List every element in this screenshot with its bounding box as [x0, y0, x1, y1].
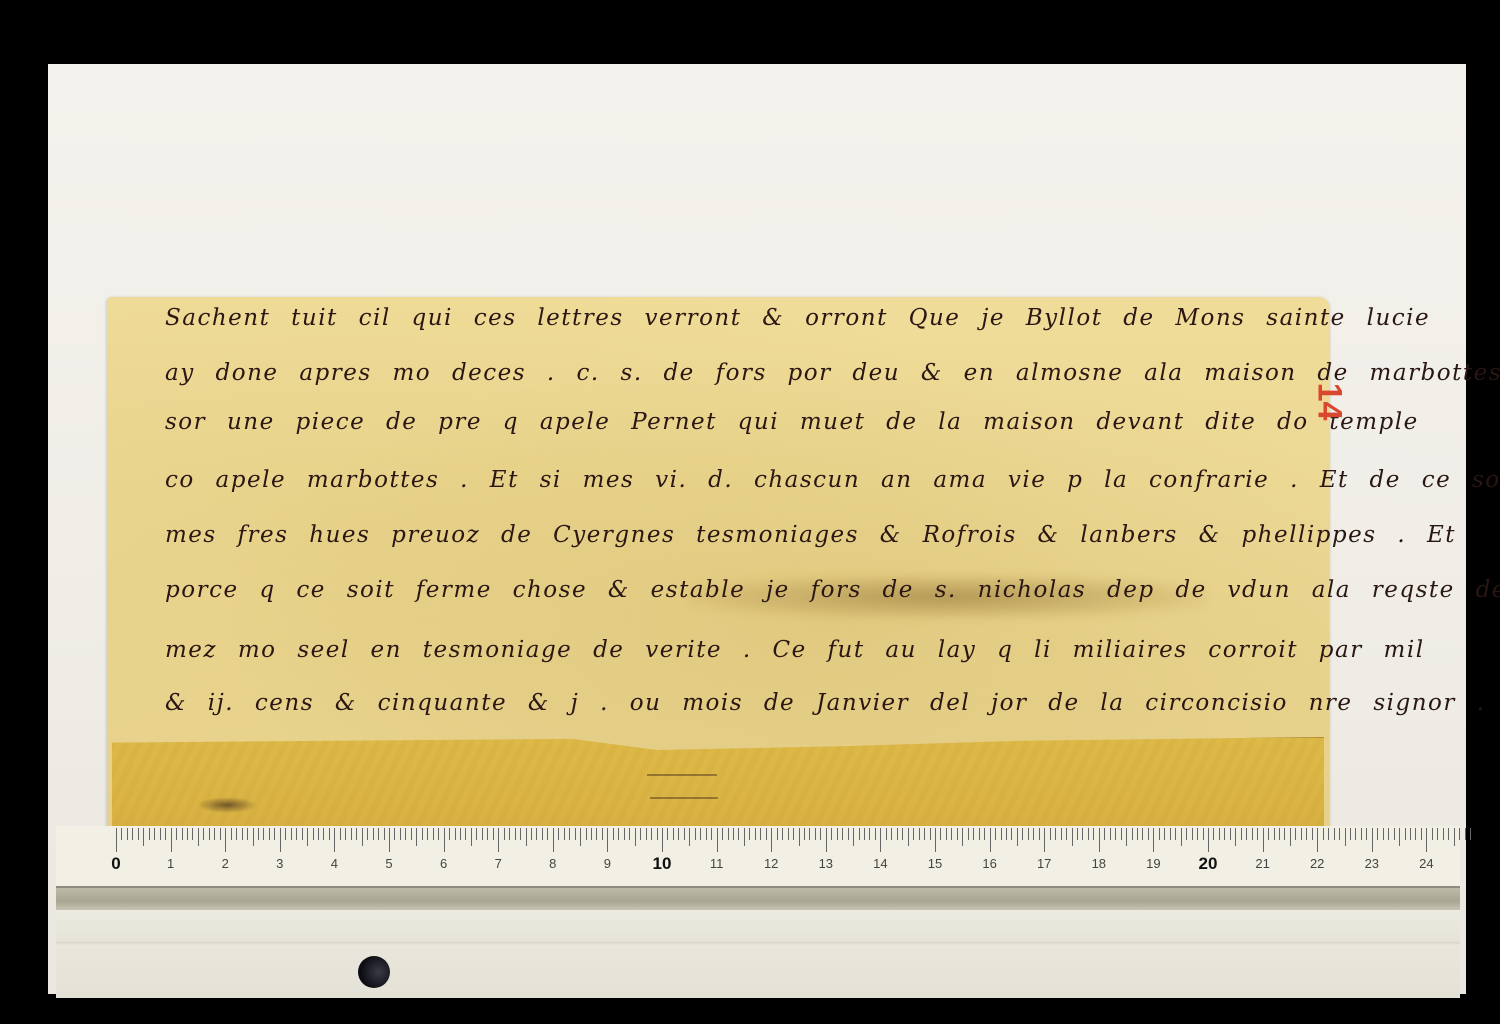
ruler-tick [766, 828, 767, 840]
ruler-tick [1284, 828, 1285, 840]
ruler-tick [187, 828, 188, 840]
ruler-tick [738, 828, 739, 840]
ruler-tick [198, 828, 199, 846]
ruler-tick [684, 828, 685, 840]
ruler-tick [1334, 828, 1335, 840]
ruler-tick [143, 828, 144, 846]
folded-plica [112, 737, 1324, 830]
ruler-tick [345, 828, 346, 840]
ruler-tick [596, 828, 597, 840]
ruler-tick [1448, 828, 1449, 840]
ruler-label: 3 [276, 856, 283, 871]
ruler-tick [482, 828, 483, 840]
ruler-tick [465, 828, 466, 840]
parchment-charter: Sachent tuit cil qui ces lettres verront… [107, 297, 1329, 829]
text-line-2: ay done apres mo deces . c. s. de fors p… [165, 360, 1500, 386]
ruler-tick [968, 828, 969, 840]
ruler-tick [116, 828, 117, 852]
ruler-label: 8 [549, 856, 556, 871]
ruler-tick [1388, 828, 1389, 840]
ruler-tick [575, 828, 576, 840]
ruler-tick [1066, 828, 1067, 840]
ruler-tick [1235, 828, 1236, 846]
ruler-tick [1421, 828, 1422, 840]
ruler-tick [1077, 828, 1078, 840]
ruler-label: 13 [819, 856, 833, 871]
ruler-tick [815, 828, 816, 840]
ruler-tick [777, 828, 778, 840]
ruler-tick [362, 828, 363, 846]
ruler-tick [356, 828, 357, 840]
ruler-tick [1350, 828, 1351, 840]
ruler-tick [695, 828, 696, 840]
ruler-tick [526, 828, 527, 846]
ruler-tick [1224, 828, 1225, 840]
ruler-tick [711, 828, 712, 840]
ruler-tick [657, 828, 658, 840]
ruler-tick [1126, 828, 1127, 846]
ruler-tick [378, 828, 379, 840]
ruler-tick [924, 828, 925, 840]
ruler-tick [422, 828, 423, 840]
ruler-groove [56, 888, 1460, 910]
ruler-tick [1219, 828, 1220, 840]
ruler-tick [1137, 828, 1138, 840]
ruler-tick [1011, 828, 1012, 840]
ruler-tick [367, 828, 368, 840]
ruler-tick [1415, 828, 1416, 840]
ruler-tick [1317, 828, 1318, 852]
ruler-tick [848, 828, 849, 840]
ruler-tick [1263, 828, 1264, 852]
ruler-tick [520, 828, 521, 840]
text-line-8: & ij. cens & cinquante & j . ou mois de … [165, 690, 1486, 716]
ruler-tick [984, 828, 985, 840]
ruler-tick [1230, 828, 1231, 840]
ruler-tick [624, 828, 625, 840]
ruler-tick [531, 828, 532, 840]
ruler-tick [1099, 828, 1100, 852]
ruler-tick [995, 828, 996, 840]
ruler-tick [1301, 828, 1302, 840]
ruler-label: 18 [1092, 856, 1106, 871]
ruler-tick [127, 828, 128, 840]
ruler-tick [389, 828, 390, 852]
ruler-tick [744, 828, 745, 846]
ruler-tick [515, 828, 516, 840]
ruler-tick [1454, 828, 1455, 846]
ruler-tick [793, 828, 794, 840]
ruler-tick [1279, 828, 1280, 840]
ruler-tick [799, 828, 800, 846]
ruler-tick [1437, 828, 1438, 840]
ruler-tick [760, 828, 761, 840]
ruler-tick [1164, 828, 1165, 840]
text-line-4: co apele marbottes . Et si mes vi. d. ch… [165, 467, 1500, 493]
ruler-label: 19 [1146, 856, 1160, 871]
ruler-tick [820, 828, 821, 840]
ruler-label: 1 [167, 856, 174, 871]
ruler-tick [1093, 828, 1094, 840]
ruler-tick [749, 828, 750, 840]
ruler-tick [1366, 828, 1367, 840]
ruler-tick [553, 828, 554, 852]
ruler-tick [160, 828, 161, 840]
ruler-tick [138, 828, 139, 840]
ruler-tick [132, 828, 133, 840]
ruler-tick [1323, 828, 1324, 840]
ruler-tick [433, 828, 434, 840]
text-line-7: mez mo seel en tesmoniage de verite . Ce… [165, 637, 1425, 663]
ruler-tick [542, 828, 543, 840]
ruler-tick [242, 828, 243, 840]
ruler-tick [1208, 828, 1209, 852]
ruler-tick [930, 828, 931, 840]
ruler-tick [673, 828, 674, 840]
ruler-tick [165, 828, 166, 840]
text-line-5: mes fres hues preuoz de Cyergnes tesmoni… [165, 522, 1456, 548]
ruler-tick [1022, 828, 1023, 840]
ruler-tick [203, 828, 204, 840]
metric-ruler: 0123456789101112131415161718192021222324 [56, 826, 1460, 998]
ruler-tick [1312, 828, 1313, 840]
ruler-tick [973, 828, 974, 840]
ruler-tick [979, 828, 980, 840]
ruler-tick [1241, 828, 1242, 840]
ruler-tick [864, 828, 865, 840]
ruler-label: 10 [653, 854, 672, 874]
ruler-tick [662, 828, 663, 852]
ruler-tick [782, 828, 783, 840]
ruler-tick [1355, 828, 1356, 840]
ruler-tick [1088, 828, 1089, 840]
ruler-label: 9 [604, 856, 611, 871]
ruler-tick [629, 828, 630, 840]
ruler-tick [957, 828, 958, 840]
ruler-label: 17 [1037, 856, 1051, 871]
ruler-tick [231, 828, 232, 840]
ruler-body [56, 910, 1460, 998]
ruler-label: 24 [1419, 856, 1433, 871]
ruler-label: 5 [385, 856, 392, 871]
ruler-tick [1104, 828, 1105, 840]
ruler-tick [586, 828, 587, 840]
ruler-tick [826, 828, 827, 852]
ruler-tick [842, 828, 843, 840]
ruler-tick [274, 828, 275, 840]
ruler-tick [1306, 828, 1307, 840]
ruler-tick [493, 828, 494, 840]
ruler-tick [1110, 828, 1111, 840]
ruler-tick [1050, 828, 1051, 840]
seal-slit-1 [647, 774, 717, 776]
ruler-tick [209, 828, 210, 840]
ruler-tick [1443, 828, 1444, 840]
ruler-tick [733, 828, 734, 840]
seal-slit-2 [650, 797, 718, 799]
ruler-tick [640, 828, 641, 840]
ruler-tick [405, 828, 406, 840]
ruler-tick [340, 828, 341, 840]
ruler-tick [460, 828, 461, 840]
ruler-tick [1148, 828, 1149, 840]
ruler-label: 11 [710, 856, 724, 871]
ruler-tick [1044, 828, 1045, 852]
ruler-tick [1399, 828, 1400, 846]
ruler-tick [1377, 828, 1378, 840]
ruler-hanging-hole [358, 956, 390, 988]
ruler-scale: 0123456789101112131415161718192021222324 [56, 826, 1460, 888]
ruler-tick [307, 828, 308, 846]
ruler-tick [296, 828, 297, 840]
ruler-tick [853, 828, 854, 846]
ruler-tick [946, 828, 947, 840]
ruler-tick [536, 828, 537, 840]
ruler-tick [646, 828, 647, 840]
ruler-tick [908, 828, 909, 846]
ruler-tick [902, 828, 903, 840]
ruler-tick [1295, 828, 1296, 840]
ruler-tick [651, 828, 652, 840]
ruler-tick [1339, 828, 1340, 840]
ruler-tick [1459, 828, 1460, 840]
ruler-label: 20 [1199, 854, 1218, 874]
ruler-tick [618, 828, 619, 840]
ruler-tick [1290, 828, 1291, 846]
ruler-tick [897, 828, 898, 840]
ruler-tick [558, 828, 559, 840]
ink-smudge [197, 797, 257, 813]
ruler-label: 22 [1310, 856, 1324, 871]
ruler-label: 21 [1255, 856, 1269, 871]
ruler-tick [1115, 828, 1116, 840]
ruler-label: 4 [331, 856, 338, 871]
ruler-tick [591, 828, 592, 840]
ruler-tick [1246, 828, 1247, 840]
ruler-tick [329, 828, 330, 840]
ruler-tick [149, 828, 150, 840]
ruler-tick [438, 828, 439, 840]
ruler-tick [1372, 828, 1373, 852]
ruler-label: 12 [764, 856, 778, 871]
ruler-tick [875, 828, 876, 840]
ruler-tick [891, 828, 892, 840]
ruler-tick [351, 828, 352, 840]
ruler-tick [1181, 828, 1182, 846]
ruler-tick [1186, 828, 1187, 840]
ruler-tick [291, 828, 292, 840]
ruler-tick [394, 828, 395, 840]
ruler-tick [1274, 828, 1275, 840]
ruler-tick [913, 828, 914, 840]
ruler-tick [411, 828, 412, 840]
ruler-tick [886, 828, 887, 840]
ruler-tick [1410, 828, 1411, 840]
ruler-tick [323, 828, 324, 840]
ruler-tick [269, 828, 270, 840]
ruler-tick [504, 828, 505, 840]
ruler-tick [1252, 828, 1253, 840]
ruler-tick [318, 828, 319, 840]
ruler-tick [1153, 828, 1154, 852]
ruler-tick [919, 828, 920, 840]
ruler-tick [384, 828, 385, 840]
ruler-tick [498, 828, 499, 852]
ruler-label: 7 [495, 856, 502, 871]
ruler-label: 0 [111, 854, 120, 874]
ruler-tick [1213, 828, 1214, 840]
ruler-tick [755, 828, 756, 840]
text-line-6: porce q ce soit ferme chose & estable je… [165, 577, 1500, 603]
ruler-tick [263, 828, 264, 840]
ruler-tick [1055, 828, 1056, 840]
ruler-tick [602, 828, 603, 840]
ruler-tick [1006, 828, 1007, 840]
ruler-tick [1175, 828, 1176, 840]
ruler-tick [1405, 828, 1406, 840]
ruler-tick [667, 828, 668, 840]
ruler-tick [580, 828, 581, 846]
ruler-tick [1361, 828, 1362, 840]
ruler-tick [859, 828, 860, 840]
ruler-tick [700, 828, 701, 840]
ruler-tick [176, 828, 177, 840]
ruler-tick [717, 828, 718, 852]
ruler-tick [171, 828, 172, 852]
ruler-tick [247, 828, 248, 840]
ruler-tick [804, 828, 805, 840]
ruler-tick [869, 828, 870, 840]
ruler-tick [1017, 828, 1018, 846]
ruler-tick [1061, 828, 1062, 840]
ruler-tick [1345, 828, 1346, 846]
ruler-tick [940, 828, 941, 840]
ruler-tick [706, 828, 707, 840]
ruler-tick [1001, 828, 1002, 840]
ruler-tick [771, 828, 772, 852]
ruler-tick [258, 828, 259, 840]
ruler-tick [427, 828, 428, 840]
ruler-tick [154, 828, 155, 840]
ruler-tick [302, 828, 303, 840]
ruler-tick [1203, 828, 1204, 840]
ruler-tick [951, 828, 952, 840]
text-line-3: sor une piece de pre q apele Pernet qui … [165, 409, 1419, 435]
ruler-tick [1394, 828, 1395, 840]
charter-text: Sachent tuit cil qui ces lettres verront… [165, 297, 1315, 737]
ruler-tick [1268, 828, 1269, 840]
ruler-tick [1383, 828, 1384, 840]
ruler-tick [182, 828, 183, 840]
ruler-tick [1426, 828, 1427, 852]
ruler-tick [613, 828, 614, 840]
ruler-tick [722, 828, 723, 840]
ruler-tick [1470, 828, 1471, 840]
ruler-tick [837, 828, 838, 840]
ruler-label: 14 [873, 856, 887, 871]
archive-number-annotation: 14 [1309, 383, 1348, 421]
ruler-tick [236, 828, 237, 840]
ruler-tick [471, 828, 472, 846]
ruler-tick [285, 828, 286, 840]
ruler-tick [607, 828, 608, 852]
ruler-label: 16 [982, 856, 996, 871]
ruler-tick [1192, 828, 1193, 840]
ruler-label: 23 [1365, 856, 1379, 871]
ruler-tick [509, 828, 510, 840]
ruler-tick [313, 828, 314, 840]
ruler-tick [1121, 828, 1122, 840]
ruler-tick [449, 828, 450, 840]
ruler-tick [455, 828, 456, 840]
ruler-tick [569, 828, 570, 840]
ruler-tick [788, 828, 789, 840]
ruler-label: 15 [928, 856, 942, 871]
ruler-tick [280, 828, 281, 852]
ruler-label: 2 [222, 856, 229, 871]
ruler-tick [1039, 828, 1040, 840]
ruler-tick [192, 828, 193, 840]
ruler-tick [1028, 828, 1029, 840]
ruler-tick [564, 828, 565, 840]
text-line-1: Sachent tuit cil qui ces lettres verront… [165, 305, 1430, 331]
ruler-tick [1132, 828, 1133, 840]
ruler-tick [678, 828, 679, 840]
ruler-tick [444, 828, 445, 852]
ruler-tick [416, 828, 417, 846]
ruler-tick [220, 828, 221, 840]
ruler-tick [400, 828, 401, 840]
ruler-tick [831, 828, 832, 840]
ruler-tick [1465, 828, 1466, 840]
ruler-tick [1257, 828, 1258, 840]
ruler-tick [253, 828, 254, 846]
ruler-tick [373, 828, 374, 840]
ruler-tick [225, 828, 226, 852]
ruler-tick [121, 828, 122, 840]
ruler-tick [635, 828, 636, 846]
ruler-tick [1033, 828, 1034, 840]
ruler-tick [214, 828, 215, 840]
ruler-tick [809, 828, 810, 840]
ruler-tick [1197, 828, 1198, 840]
ruler-tick [1142, 828, 1143, 840]
ruler-tick [728, 828, 729, 840]
ruler-tick [1170, 828, 1171, 840]
ruler-tick [990, 828, 991, 852]
ruler-tick [1072, 828, 1073, 846]
ruler-tick [476, 828, 477, 840]
ruler-tick [487, 828, 488, 840]
ruler-tick [935, 828, 936, 852]
ruler-label: 6 [440, 856, 447, 871]
ruler-tick [1328, 828, 1329, 840]
ruler-tick [689, 828, 690, 846]
ruler-tick [334, 828, 335, 852]
ruler-tick [962, 828, 963, 846]
ruler-tick [1082, 828, 1083, 840]
ruler-tick [880, 828, 881, 852]
ruler-tick [1432, 828, 1433, 840]
ruler-tick [547, 828, 548, 840]
ruler-tick [1159, 828, 1160, 840]
